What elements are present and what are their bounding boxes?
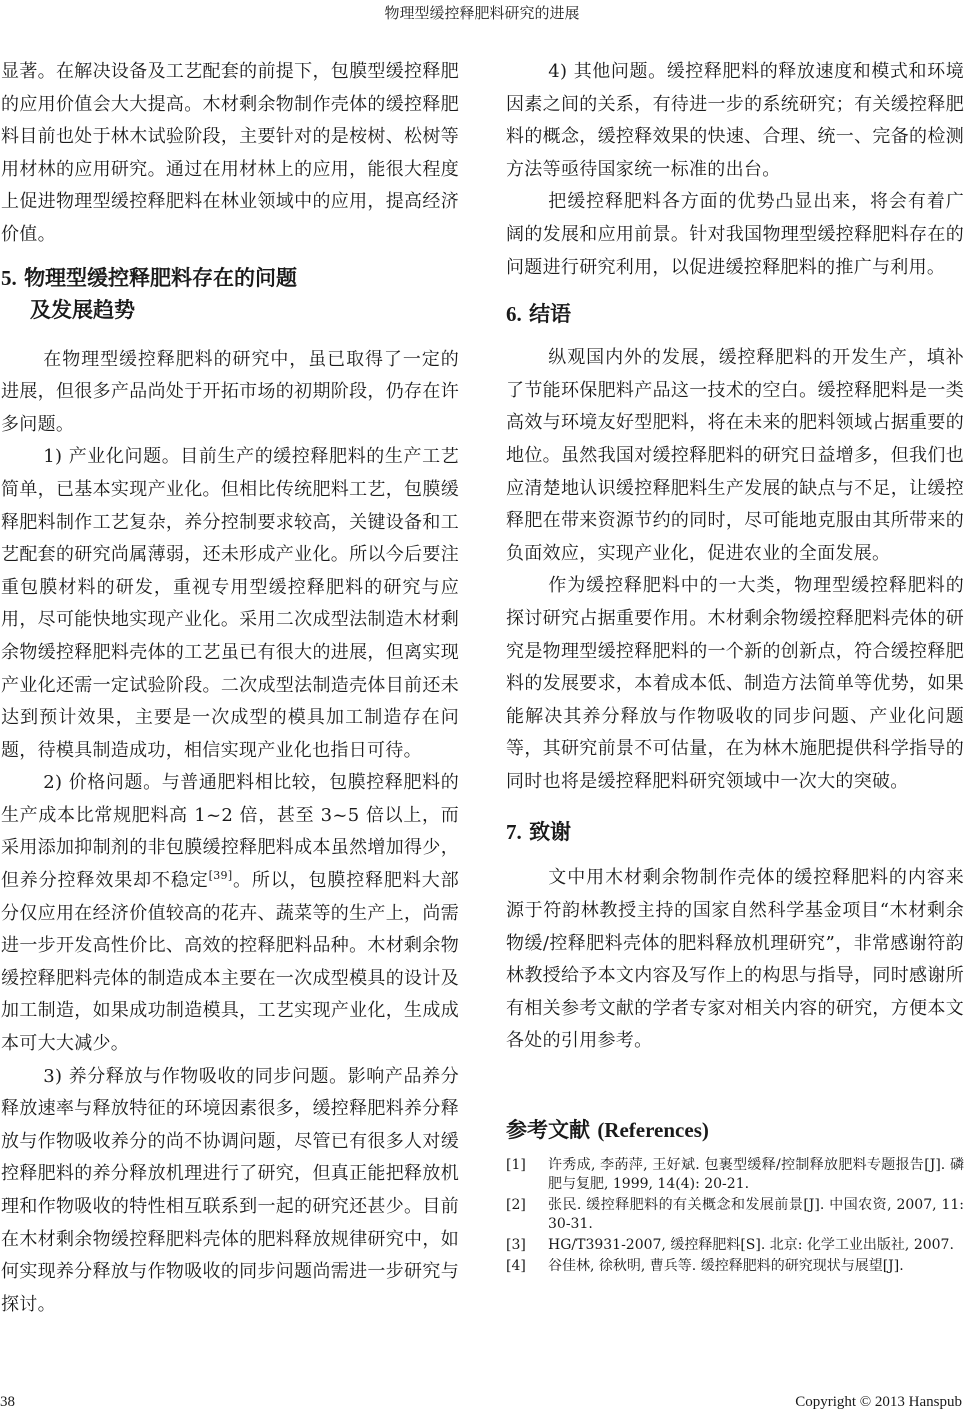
right-column: 4) 其他问题。缓控释肥料的释放速度和模式和环境因素之间的关系，有待进一步的系统…: [506, 56, 964, 1278]
paragraph-7-acknowledgement: 文中用木材剩余物制作壳体的缓控释肥料的内容来源于符韵林教授主持的国家自然科学基金…: [506, 862, 964, 1058]
paragraph-6-2: 作为缓控释肥料中的一大类，物理型缓控释肥料的探讨研究占据重要作用。木材剩余物缓控…: [506, 570, 964, 798]
section-6-number: 6.: [506, 302, 522, 326]
section-7-heading: 7. 致谢: [506, 816, 964, 848]
section-5-heading: 5. 物理型缓控释肥料存在的问题 及发展趋势: [1, 262, 459, 326]
reference-item: [1]许秀成, 李菂萍, 王好斌. 包裹型缓释/控制释放肥料专题报告[J]. 磷…: [506, 1156, 964, 1194]
running-title: 物理型缓控释肥料研究的进展: [0, 2, 964, 23]
paragraph-5-4-other: 4) 其他问题。缓控释肥料的释放速度和模式和环境因素之间的关系，有待进一步的系统…: [506, 56, 964, 186]
reference-number: [2]: [506, 1196, 526, 1215]
reference-text: 谷佳林, 徐秋明, 曹兵等. 缓控释肥料的研究现状与展望[J].: [548, 1258, 904, 1274]
citation-39[interactable]: [39]: [209, 869, 233, 882]
reference-number: [1]: [506, 1156, 526, 1175]
left-column: 显著。在解决设备及工艺配套的前提下，包膜型缓控释肥的应用价值会大大提高。木材剩余…: [1, 56, 459, 1321]
references-heading: 参考文献 (References): [506, 1114, 964, 1146]
paragraph-5-1-industrialization: 1) 产业化问题。目前生产的缓控释肥料的生产工艺简单，已基本实现产业化。但相比传…: [1, 441, 459, 767]
copyright-notice: Copyright © 2013 Hanspub: [795, 1394, 962, 1411]
reference-item: [3]HG/T3931-2007, 缓控释肥料[S]. 北京: 化学工业出版社,…: [506, 1236, 964, 1255]
section-5-title-line1: 物理型缓控释肥料存在的问题: [24, 266, 297, 290]
reference-number: [3]: [506, 1236, 526, 1255]
reference-item: [2]张民. 缓控释肥料的有关概念和发展前景[J]. 中国农资, 2007, 1…: [506, 1196, 964, 1234]
paragraph-5-outlook: 把缓控释肥料各方面的优势凸显出来，将会有着广阔的发展和应用前景。针对我国物理型缓…: [506, 186, 964, 284]
reference-text: HG/T3931-2007, 缓控释肥料[S]. 北京: 化学工业出版社, 20…: [548, 1237, 954, 1253]
paragraph-6-1: 纵观国内外的发展，缓控释肥料的开发生产，填补了节能环保肥料产品这一技术的空白。缓…: [506, 342, 964, 570]
paragraph-5-3-synchronization: 3) 养分释放与作物吸收的同步问题。影响产品养分释放速率与释放特征的环境因素很多…: [1, 1061, 459, 1322]
section-6-title: 结语: [529, 302, 571, 326]
reference-number: [4]: [506, 1257, 526, 1276]
section-7-number: 7.: [506, 820, 522, 844]
section-6-heading: 6. 结语: [506, 298, 964, 330]
section-5-title-line2: 及发展趋势: [1, 294, 459, 326]
section-7-title: 致谢: [529, 820, 571, 844]
paragraph-5-intro: 在物理型缓控释肥料的研究中，虽已取得了一定的进展，但很多产品尚处于开拓市场的初期…: [1, 344, 459, 442]
section-5-number: 5.: [1, 266, 17, 290]
paragraph-5-2-text-after: 。所以，包膜控释肥料大部分仅应用在经济价值较高的花卉、蔬菜等的生产上，尚需进一步…: [1, 870, 459, 1054]
references-title-cn: 参考文献: [506, 1118, 590, 1142]
reference-text: 张民. 缓控释肥料的有关概念和发展前景[J]. 中国农资, 2007, 11: …: [548, 1197, 964, 1232]
reference-text: 许秀成, 李菂萍, 王好斌. 包裹型缓释/控制释放肥料专题报告[J]. 磷肥与复…: [548, 1157, 964, 1192]
paragraph-5-2-price: 2) 价格问题。与普通肥料相比较，包膜控释肥料的生产成本比常规肥料高 1~2 倍…: [1, 767, 459, 1060]
reference-item: [4]谷佳林, 徐秋明, 曹兵等. 缓控释肥料的研究现状与展望[J].: [506, 1257, 964, 1276]
page-number: 38: [0, 1394, 15, 1411]
reference-list: [1]许秀成, 李菂萍, 王好斌. 包裹型缓释/控制释放肥料专题报告[J]. 磷…: [506, 1156, 964, 1276]
paragraph-intro: 显著。在解决设备及工艺配套的前提下，包膜型缓控释肥的应用价值会大大提高。木材剩余…: [1, 56, 459, 252]
references-title-en: (References): [597, 1118, 709, 1142]
